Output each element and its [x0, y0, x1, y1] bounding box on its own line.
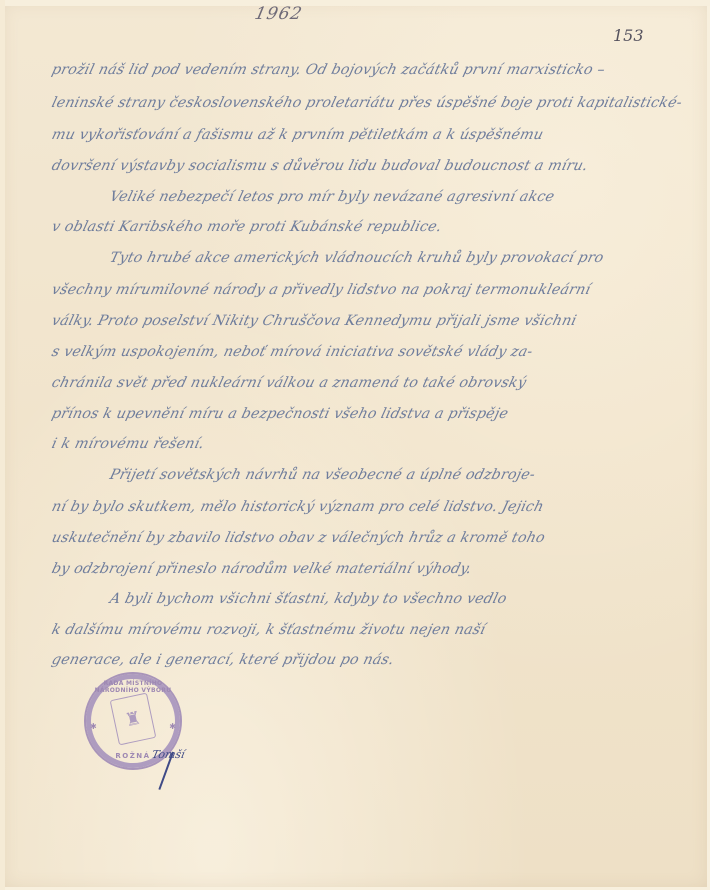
text-line: všechny mírumilovné národy a přivedly li… [50, 282, 592, 298]
text-line: k dalšímu mírovému rozvoji, k šťastnému … [50, 622, 487, 638]
stamp-text-top: RADA MÍSTNÍHO NÁRODNÍHO VÝBORU [86, 680, 180, 694]
coat-of-arms-icon: ♜ [110, 693, 157, 746]
text-line: v oblasti Karibského moře proti Kubánské… [50, 219, 443, 235]
star-icon: ✱ [169, 722, 176, 731]
text-line: prožil náš lid pod vedením strany. Od bo… [50, 62, 607, 78]
text-line: uskutečnění by zbavilo lidstvo obav z vá… [50, 530, 547, 546]
text-line: s velkým uspokojením, neboť mírová inici… [50, 344, 534, 360]
star-icon: ✱ [90, 722, 97, 731]
text-line: Tyto hrubé akce amerických vládnoucích k… [108, 250, 605, 266]
paper-edge-left [0, 0, 5, 890]
text-line: i k mírovému řešení. [50, 436, 206, 452]
paper-edge-top [0, 0, 710, 6]
text-line: války. Proto poselství Nikity Chruščova … [50, 313, 578, 329]
year-header: 1962 [253, 4, 305, 24]
text-line: mu vykořisťování a fašismu až k prvním p… [50, 127, 545, 143]
text-line: přínos k upevnění míru a bezpečnosti vše… [50, 406, 510, 422]
text-line: Veliké nebezpečí letos pro mír byly nevá… [108, 189, 556, 205]
text-line: chránila svět před nukleární válkou a zn… [50, 375, 528, 391]
text-line: Přijetí sovětských návrhů na všeobecné a… [108, 467, 537, 483]
document-page: 1962 153 prožil náš lid pod vedením stra… [0, 0, 710, 890]
page-number: 153 [613, 26, 644, 45]
text-line: by odzbrojení přineslo národům velké mat… [50, 561, 473, 577]
text-line: dovršení výstavby socialismu s důvěrou l… [50, 158, 590, 174]
text-line: generace, ale i generací, které přijdou … [50, 652, 396, 668]
text-line: A byli bychom všichni šťastni, kdyby to … [108, 591, 509, 607]
text-line: leninské strany československého proleta… [50, 95, 684, 111]
text-line: ní by bylo skutkem, mělo historický význ… [50, 499, 545, 515]
